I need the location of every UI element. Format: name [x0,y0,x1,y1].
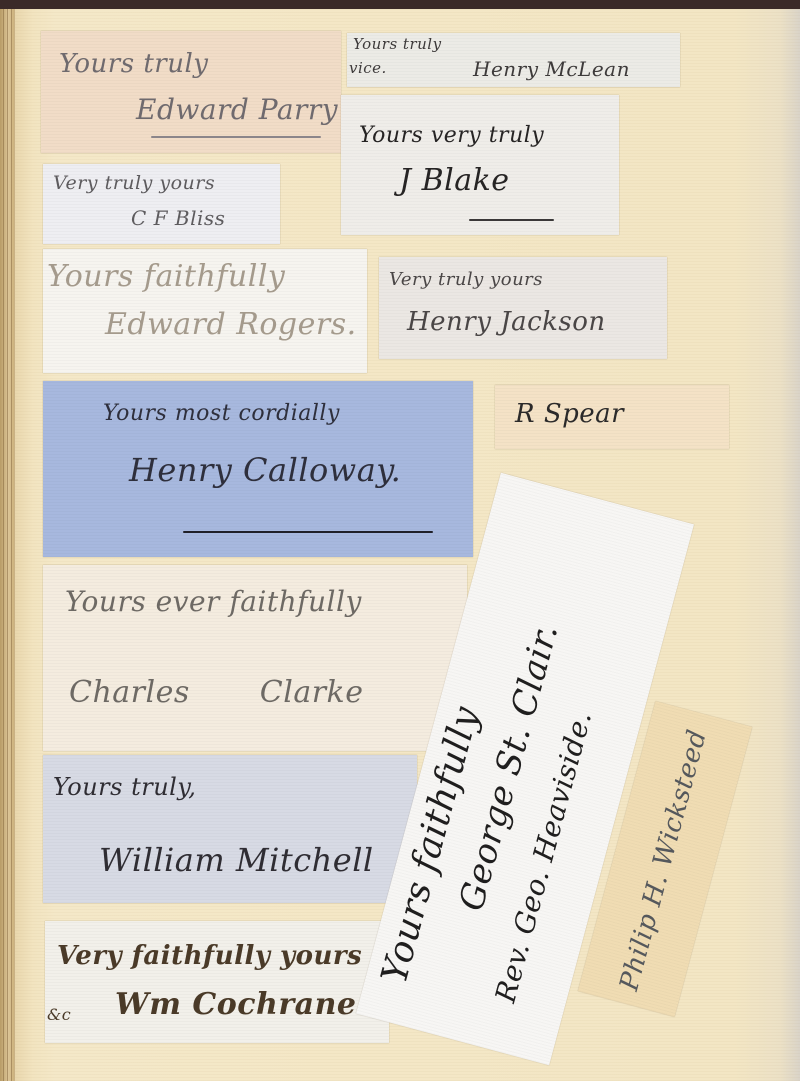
clipping-wm-cochrane: Very faithfully yours &c Wm Cochrane [45,921,389,1043]
valediction: Yours truly [353,35,442,53]
suffix-text: &c [47,1005,71,1024]
clipping-charles-clarke: Yours ever faithfully Charles Clarke [43,565,467,751]
valediction: Yours ever faithfully [65,585,362,618]
clipping-henry-calloway: Yours most cordially Henry Calloway. [43,381,473,557]
clipping-henry-jackson: Very truly yours Henry Jackson [379,257,667,359]
signature: Henry Jackson [407,307,606,337]
signature: Henry McLean [473,57,630,81]
valediction: Very truly yours [53,172,215,194]
valediction: Very faithfully yours [57,941,362,971]
signature: Wm Cochrane [115,987,357,1022]
signature: Henry Calloway. [129,451,401,489]
page-edge-line [3,9,4,1081]
signature: William Mitchell [99,841,374,879]
valediction: Yours very truly [359,123,544,148]
signature-underline [183,531,433,533]
page-edge-line [11,9,12,1081]
album-page: a Yours truly Edward Parry Yours truly v… [14,9,800,1081]
prefix-text: vice. [349,59,387,77]
clipping-william-mitchell: Yours truly, William Mitchell [43,755,417,903]
clipping-edward-rogers: Yours faithfully Edward Rogers. [43,249,367,373]
clipping-r-spear: R Spear [495,385,729,449]
signature-underline [469,219,554,221]
album-top-edge [0,0,800,9]
signature: J Blake [399,163,510,198]
signature: Charles Clarke [69,675,364,710]
valediction: Yours most cordially [103,401,340,426]
clipping-henry-mclean: Yours truly vice. Henry McLean [347,33,680,87]
album-spine-gutter [0,9,14,1081]
page-edge-line [7,9,8,1081]
clipping-j-blake: Yours very truly J Blake [341,95,619,235]
valediction: Yours faithfully [47,259,285,294]
valediction: Very truly yours [389,269,543,290]
clipping-edward-parry: Yours truly Edward Parry [41,31,341,153]
valediction: Yours truly [59,49,208,79]
signature: Edward Rogers. [105,307,357,342]
signature: Edward Parry [136,93,338,126]
signature: R Spear [515,399,624,429]
signature-flourish [151,136,321,138]
signature: C F Bliss [131,206,225,230]
valediction: Yours truly, [53,773,196,801]
clipping-c-f-bliss: Very truly yours C F Bliss [43,164,280,244]
